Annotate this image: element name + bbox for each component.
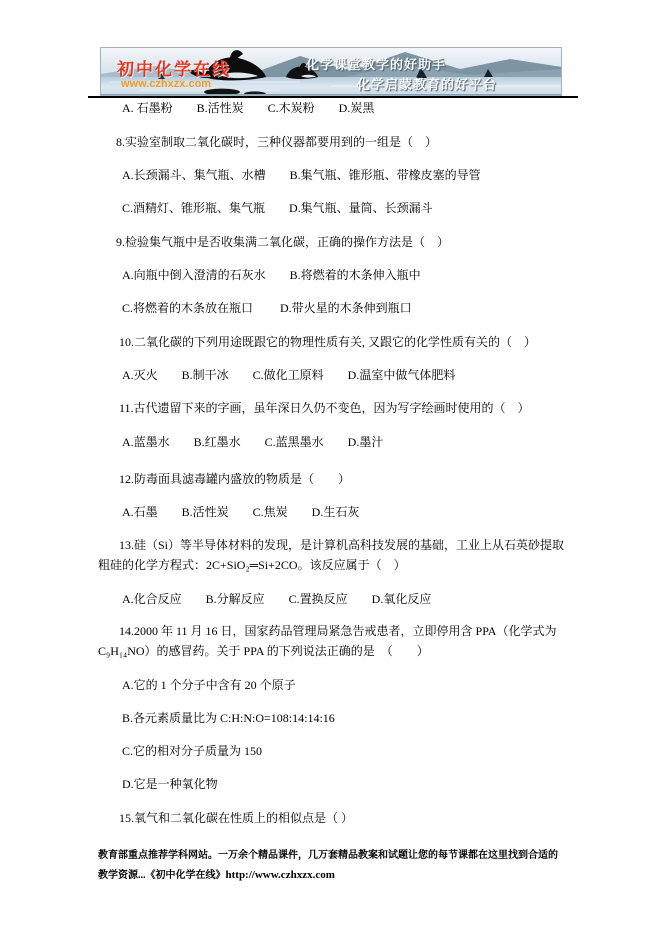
site-url-text: www.czhxzx.com	[121, 78, 211, 90]
question-8: 8.实验室制取二氧化碳时，三种仪器都要用到的一组是（ ）	[116, 135, 437, 150]
q14-option-b: B.各元素质量比为 C:H:N:O=108:14:14:16	[122, 711, 335, 726]
q9-options-cd: C.将燃着的木条放在瓶口 D.带火星的木条伸到瓶口	[122, 301, 412, 316]
q13-options: A.化合反应 B.分解反应 C.置换反应 D.氧化反应	[122, 592, 431, 607]
q8-options-ab: A.长颈漏斗、集气瓶、水槽 B.集气瓶、锥形瓶、带橡皮塞的导管	[122, 168, 481, 183]
question-14-line1: 14.2000 年 11 月 16 日，国家药品管理局紧急告戒患者，立即停用含 …	[119, 624, 556, 639]
header-rule	[88, 96, 578, 98]
q14-option-c: C.它的相对分子质量为 150	[122, 744, 262, 759]
footer-site-title: 教学资源...《初中化学在线》	[98, 870, 226, 881]
question-13-line1: 13.硅（Si）等半导体材料的发现，是计算机高科技发展的基础，工业上从石英砂提取	[119, 538, 564, 553]
footer-site-url: http://www.czhxzx.com	[226, 869, 335, 881]
q10-options: A.灭火 B.制干冰 C.做化工原料 D.温室中做气体肥料	[122, 368, 455, 383]
question-13-line2: 粗硅的化学方程式：2C+SiO₂═Si+2CO。该反应属于（ ）	[98, 558, 406, 573]
q9-options-ab: A.向瓶中倒入澄清的石灰水 B.将燃着的木条伸入瓶中	[122, 268, 421, 283]
q14-option-a: A.它的 1 个分子中含有 20 个原子	[122, 678, 296, 693]
footer-promo-line1: 教育部重点推荐学科网站。一万余个精品课件，几万套精品教案和试题让您的每节课都在这…	[98, 849, 558, 862]
footer-promo-line2: 教学资源...《初中化学在线》http://www.czhxzx.com	[98, 869, 335, 882]
q14-option-d: D.它是一种氧化物	[122, 777, 218, 792]
q8-options-cd: C.酒精灯、锥形瓶、集气瓶 D.集气瓶、量筒、长颈漏斗	[122, 201, 433, 216]
banner-tagline-top: 化学课堂教学的好助手	[306, 54, 446, 73]
document-page: 初中化学在线 www.czhxzx.com 化学课堂教学的好助手 化学启蒙教育的…	[0, 0, 661, 935]
question-14-line2: C₉H₁₄NO）的感冒药。关于 PPA 的下列说法正确的是 （ ）	[98, 644, 429, 659]
question-10: 10.二氧化碳的下列用途既跟它的物理性质有关, 又跟它的化学性质有关的（ ）	[119, 335, 536, 350]
question-12: 12.防毒面具滤毒罐内盛放的物质是（ ）	[119, 472, 350, 487]
question-9: 9.检验集气瓶中是否收集满二氧化碳，正确的操作方法是（ ）	[116, 235, 449, 250]
question-15: 15.氧气和二氧化碳在性质上的相似点是（ ）	[119, 811, 353, 826]
q11-options: A.蓝墨水 B.红墨水 C.蓝黑墨水 D.墨汁	[122, 435, 383, 450]
question-11: 11.古代遗留下来的字画，虽年深日久仍不变色，因为写字绘画时使用的（ ）	[119, 401, 530, 416]
site-logo-text: 初中化学在线	[117, 55, 231, 80]
site-banner: 初中化学在线 www.czhxzx.com 化学课堂教学的好助手 化学启蒙教育的…	[100, 47, 562, 96]
q12-options: A.石墨 B.活性炭 C.焦炭 D.生石灰	[122, 505, 359, 520]
q7-options-line: A. 石墨粉 B.活性炭 C.木炭粉 D.炭黑	[122, 101, 374, 116]
banner-tagline-bottom: 化学启蒙教育的好平台	[357, 74, 497, 93]
